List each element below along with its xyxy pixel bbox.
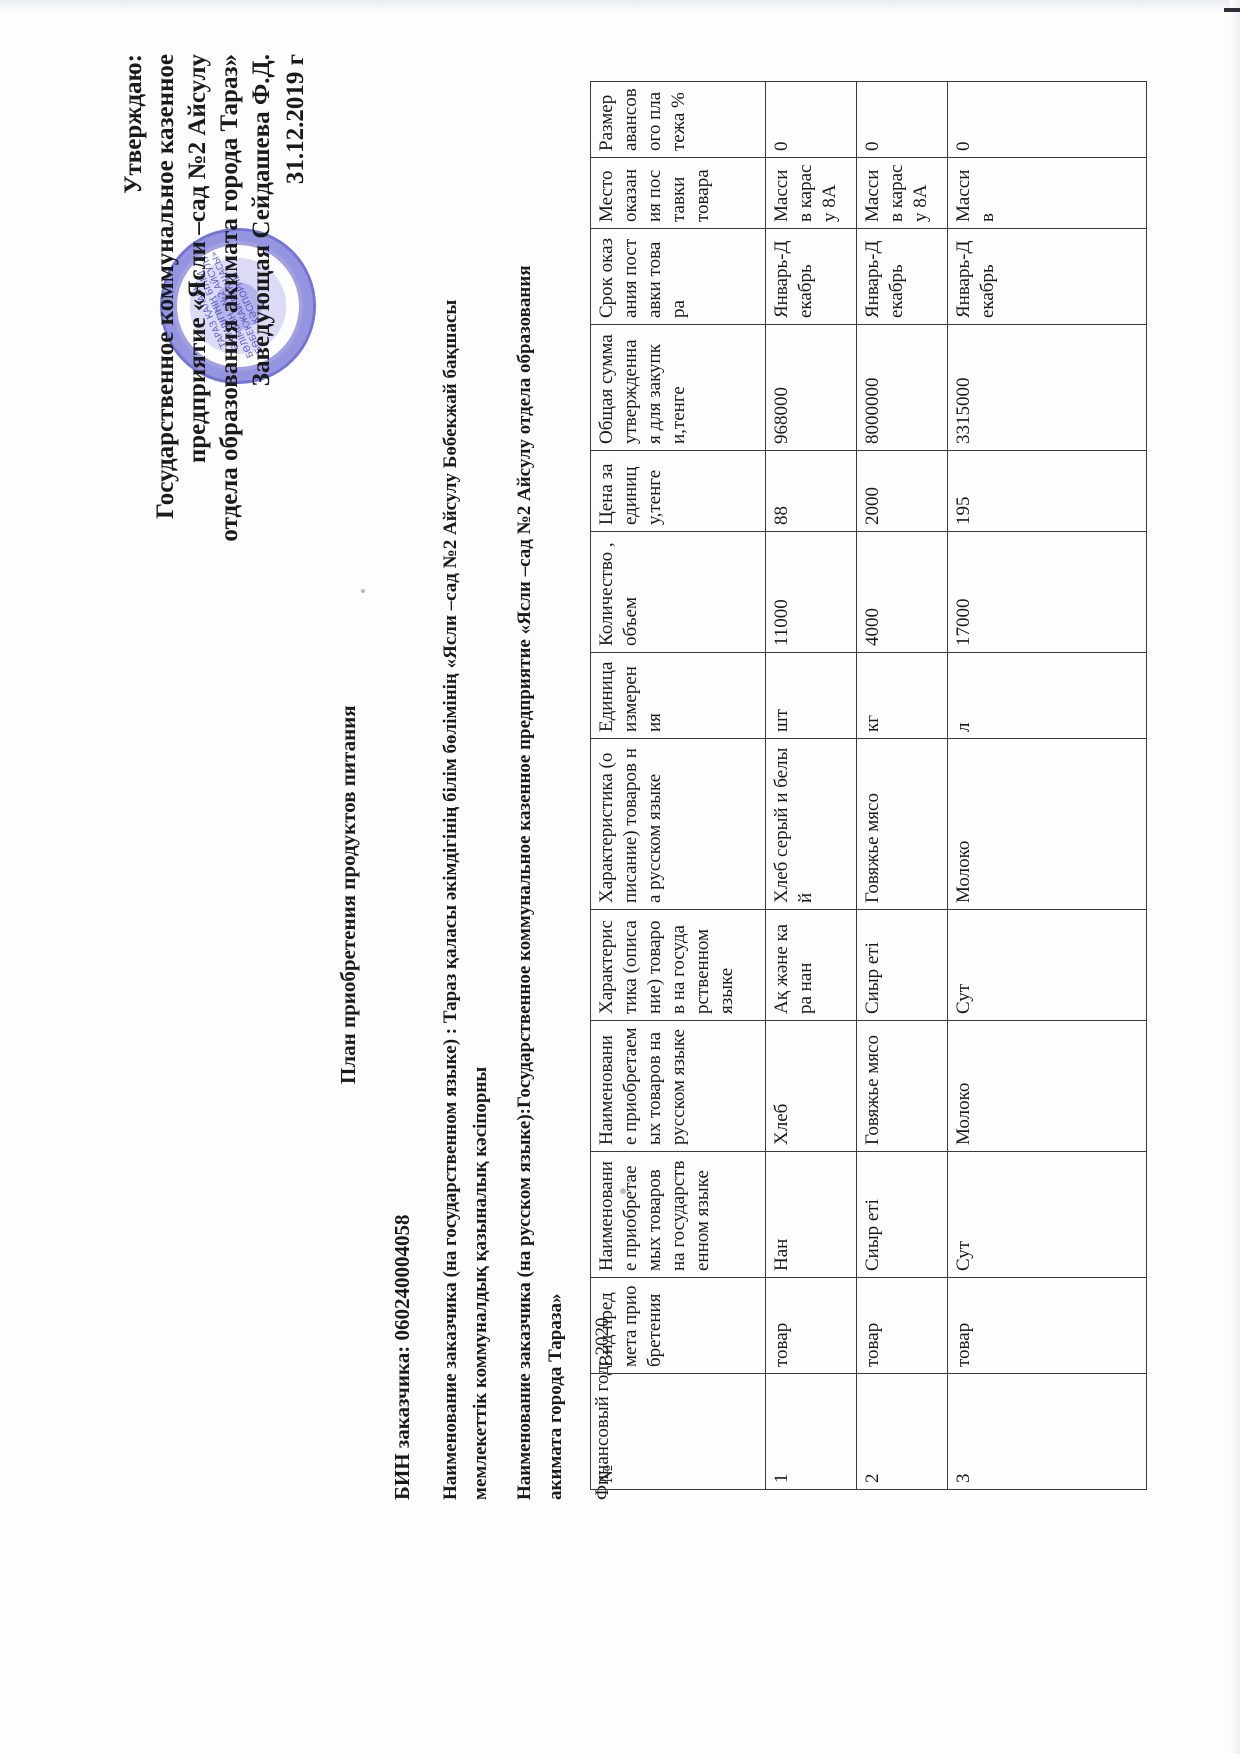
header-cell: Наименование приобретаемых товаров на го… (591, 1152, 766, 1278)
customer-bin: БИН заказчика: 060240004058 (390, 1214, 415, 1500)
header-cell: Размер авансового платежа % (591, 82, 766, 158)
customer-name-ru: Наименование заказчика (на русском языке… (514, 265, 536, 1500)
header-cell: Вид предмета приобретения (591, 1278, 766, 1374)
rotated-document: ТАРАЗ ҚАЛАСЫ ӘКІМДІГІНІҢ БІЛІМ БӨЛІМІНІҢ… (0, 0, 1240, 1754)
cell-total-amount: 3315000 (948, 325, 1147, 451)
document-title: План приобретения продуктов питания (336, 705, 361, 1084)
cell-total-amount: 8000000 (857, 325, 948, 451)
procurement-table: № Вид предмета приобретения Наименование… (590, 81, 1147, 1490)
cell-advance-payment: 0 (857, 82, 948, 158)
header-cell: Общая сумма утвержденная для закупки,тен… (591, 325, 766, 451)
cell-desc-kz: Сиыр еті (857, 910, 948, 1021)
approval-date: 31.12.2019 г (280, 54, 312, 574)
approval-block: Утверждаю: Государственное коммунальное … (118, 54, 312, 574)
table-row: 3товарСутМолокоСутМолокол170001953315000… (948, 82, 1147, 1490)
cell-total-amount: 968000 (766, 325, 857, 451)
cell-unit-price: 195 (948, 451, 1147, 532)
cell-name-ru: Молоко (948, 1021, 1147, 1152)
cell-name-ru: Хлеб (766, 1021, 857, 1152)
approval-heading: Утверждаю: (118, 54, 150, 574)
cell-unit-price: 88 (766, 451, 857, 532)
cell-desc-ru: Хлеб серый и белый (766, 739, 857, 910)
cell-item-type: товар (948, 1278, 1147, 1374)
cell-row-number: 2 (857, 1374, 948, 1490)
cell-name-ru: Говяжье мясо (857, 1021, 948, 1152)
cell-quantity: 11000 (766, 532, 857, 653)
cell-delivery-period: Январь-Декабрь (766, 229, 857, 325)
header-cell: Срок оказания поставки товара (591, 229, 766, 325)
cell-desc-ru: Говяжье мясо (857, 739, 948, 910)
cell-delivery-place: Массив карасу 8А (766, 158, 857, 229)
cell-row-number: 3 (948, 1374, 1147, 1490)
customer-name-kz-cont: мемлекеттік коммуналдық қазыналық кәсіпо… (470, 1067, 492, 1500)
customer-name-kz: Наименование заказчика (на государственн… (440, 300, 462, 1500)
header-cell: № (591, 1374, 766, 1490)
cell-advance-payment: 0 (766, 82, 857, 158)
header-cell: Единица измерения (591, 653, 766, 739)
cell-name-kz: Сут (948, 1152, 1147, 1278)
scanned-page: ТАРАЗ ҚАЛАСЫ ӘКІМДІГІНІҢ БІЛІМ БӨЛІМІНІҢ… (0, 0, 1240, 1754)
cell-unit-price: 2000 (857, 451, 948, 532)
approval-line: отдела образования акимата города Тараз» (214, 54, 246, 574)
cell-item-type: товар (766, 1278, 857, 1374)
cell-unit: шт (766, 653, 857, 739)
cell-desc-kz: Ақ және кара нан (766, 910, 857, 1021)
bin-label: БИН заказчика: (390, 1346, 414, 1500)
bin-value: 060240004058 (390, 1214, 414, 1340)
cell-desc-ru: Молоко (948, 739, 1147, 910)
table-header-row: № Вид предмета приобретения Наименование… (591, 82, 766, 1490)
cell-row-number: 1 (766, 1374, 857, 1490)
cell-delivery-place: Массив карасу 8А (857, 158, 948, 229)
cell-delivery-period: Январь-Декабрь (948, 229, 1147, 325)
header-cell: Характеристика (описание) товаров на рус… (591, 739, 766, 910)
cell-delivery-place: Массив (948, 158, 1147, 229)
approval-line: Государственное коммунальное казенное (150, 54, 182, 574)
customer-name-ru-cont: акимата города Тараза» (545, 1294, 567, 1500)
cell-desc-kz: Сут (948, 910, 1147, 1021)
cell-name-kz: Нан (766, 1152, 857, 1278)
header-cell: Количество ,объем (591, 532, 766, 653)
header-cell: Цена за единицу,тенге (591, 451, 766, 532)
header-cell: Наименование приобретаемых товаров на ру… (591, 1021, 766, 1152)
cell-item-type: товар (857, 1278, 948, 1374)
approval-signatory: Заведующая Сейдашева Ф.Д. (246, 54, 278, 574)
header-cell: Место оказания поставки товара (591, 158, 766, 229)
cell-advance-payment: 0 (948, 82, 1147, 158)
cell-delivery-period: Январь-Декабрь (857, 229, 948, 325)
table-row: 2товарСиыр етіГовяжье мясоСиыр етіГовяжь… (857, 82, 948, 1490)
cell-quantity: 17000 (948, 532, 1147, 653)
table-row: 1товарНанХлебАқ және кара нанХлеб серый … (766, 82, 857, 1490)
header-cell: Характеристика (описание) товаров на гос… (591, 910, 766, 1021)
cell-unit: кг (857, 653, 948, 739)
cell-unit: л (948, 653, 1147, 739)
approval-line: предприятие «Ясли –сад №2 Айсулу (182, 54, 214, 574)
cell-name-kz: Сиыр еті (857, 1152, 948, 1278)
cell-quantity: 4000 (857, 532, 948, 653)
